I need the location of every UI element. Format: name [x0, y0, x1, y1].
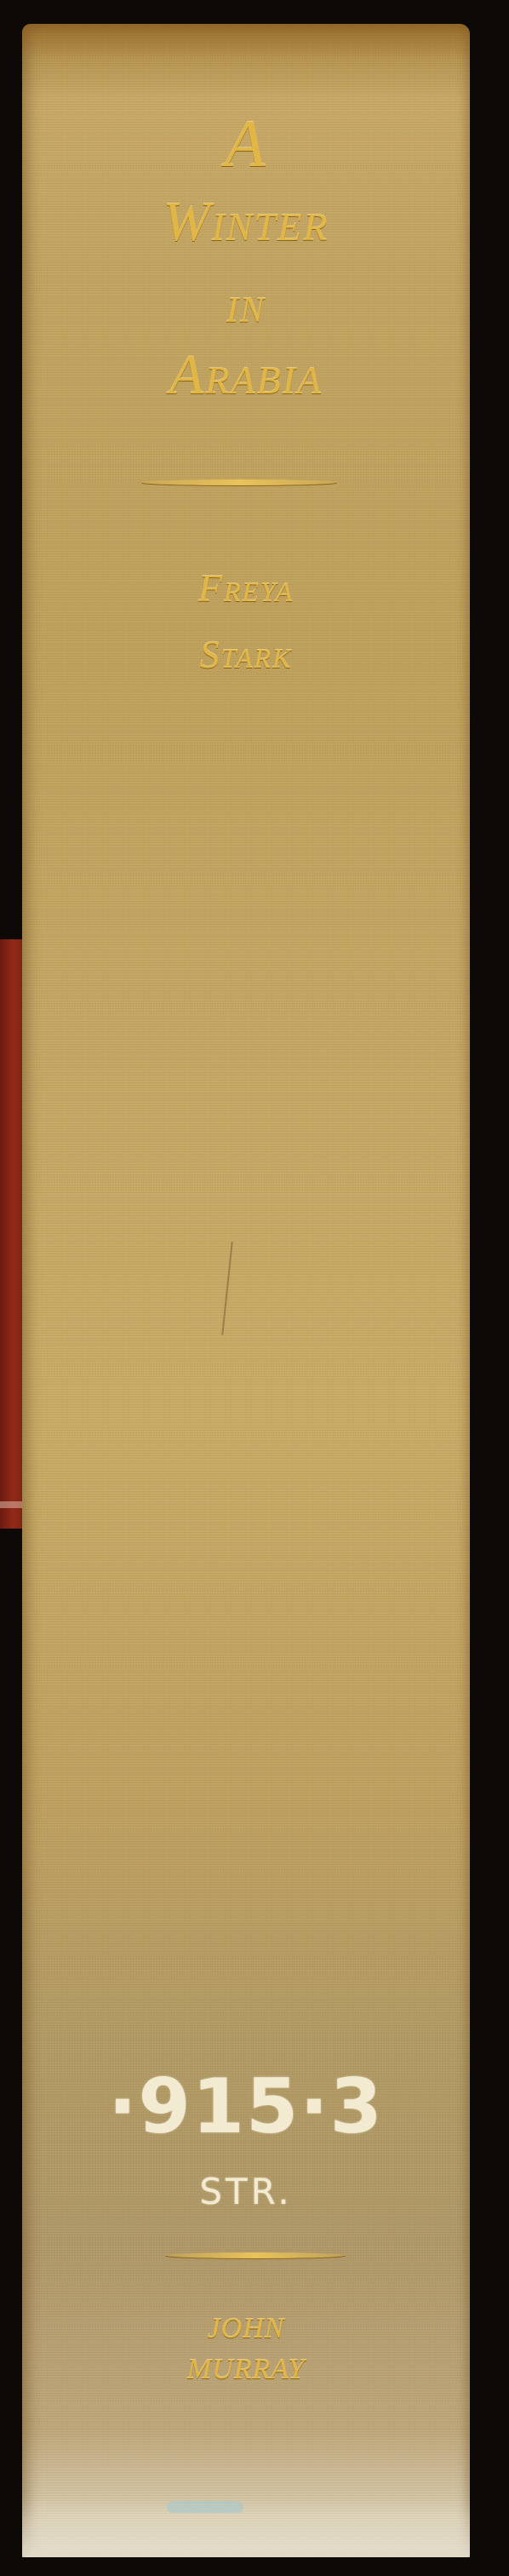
cloth-scratch — [221, 1242, 232, 1335]
title-line-1: A — [22, 111, 470, 177]
adjacent-red-book — [0, 939, 24, 1529]
gilt-rule-bottom — [165, 2252, 346, 2258]
title-line-2: Winter — [22, 194, 470, 250]
title-line-4: Arabia — [22, 347, 470, 404]
publisher-line-2: MURRAY — [22, 2355, 470, 2384]
author-last-name: Stark — [22, 635, 470, 674]
worn-edge — [0, 1501, 24, 1508]
book-spine: A Winter in Arabia Freya Stark ·915·3 ST… — [22, 24, 470, 2557]
call-number-cutter: STR. — [22, 2174, 470, 2210]
author-first-name: Freya — [22, 569, 470, 608]
publisher-line-1: JOHN — [22, 2315, 470, 2344]
frayed-thread — [167, 2501, 243, 2513]
worn-head-cap — [22, 24, 470, 60]
gilt-rule-top — [141, 479, 337, 485]
worn-tail-cap — [22, 2498, 470, 2557]
title-line-3: in — [22, 279, 470, 330]
call-number-class: ·915·3 — [22, 2069, 470, 2144]
